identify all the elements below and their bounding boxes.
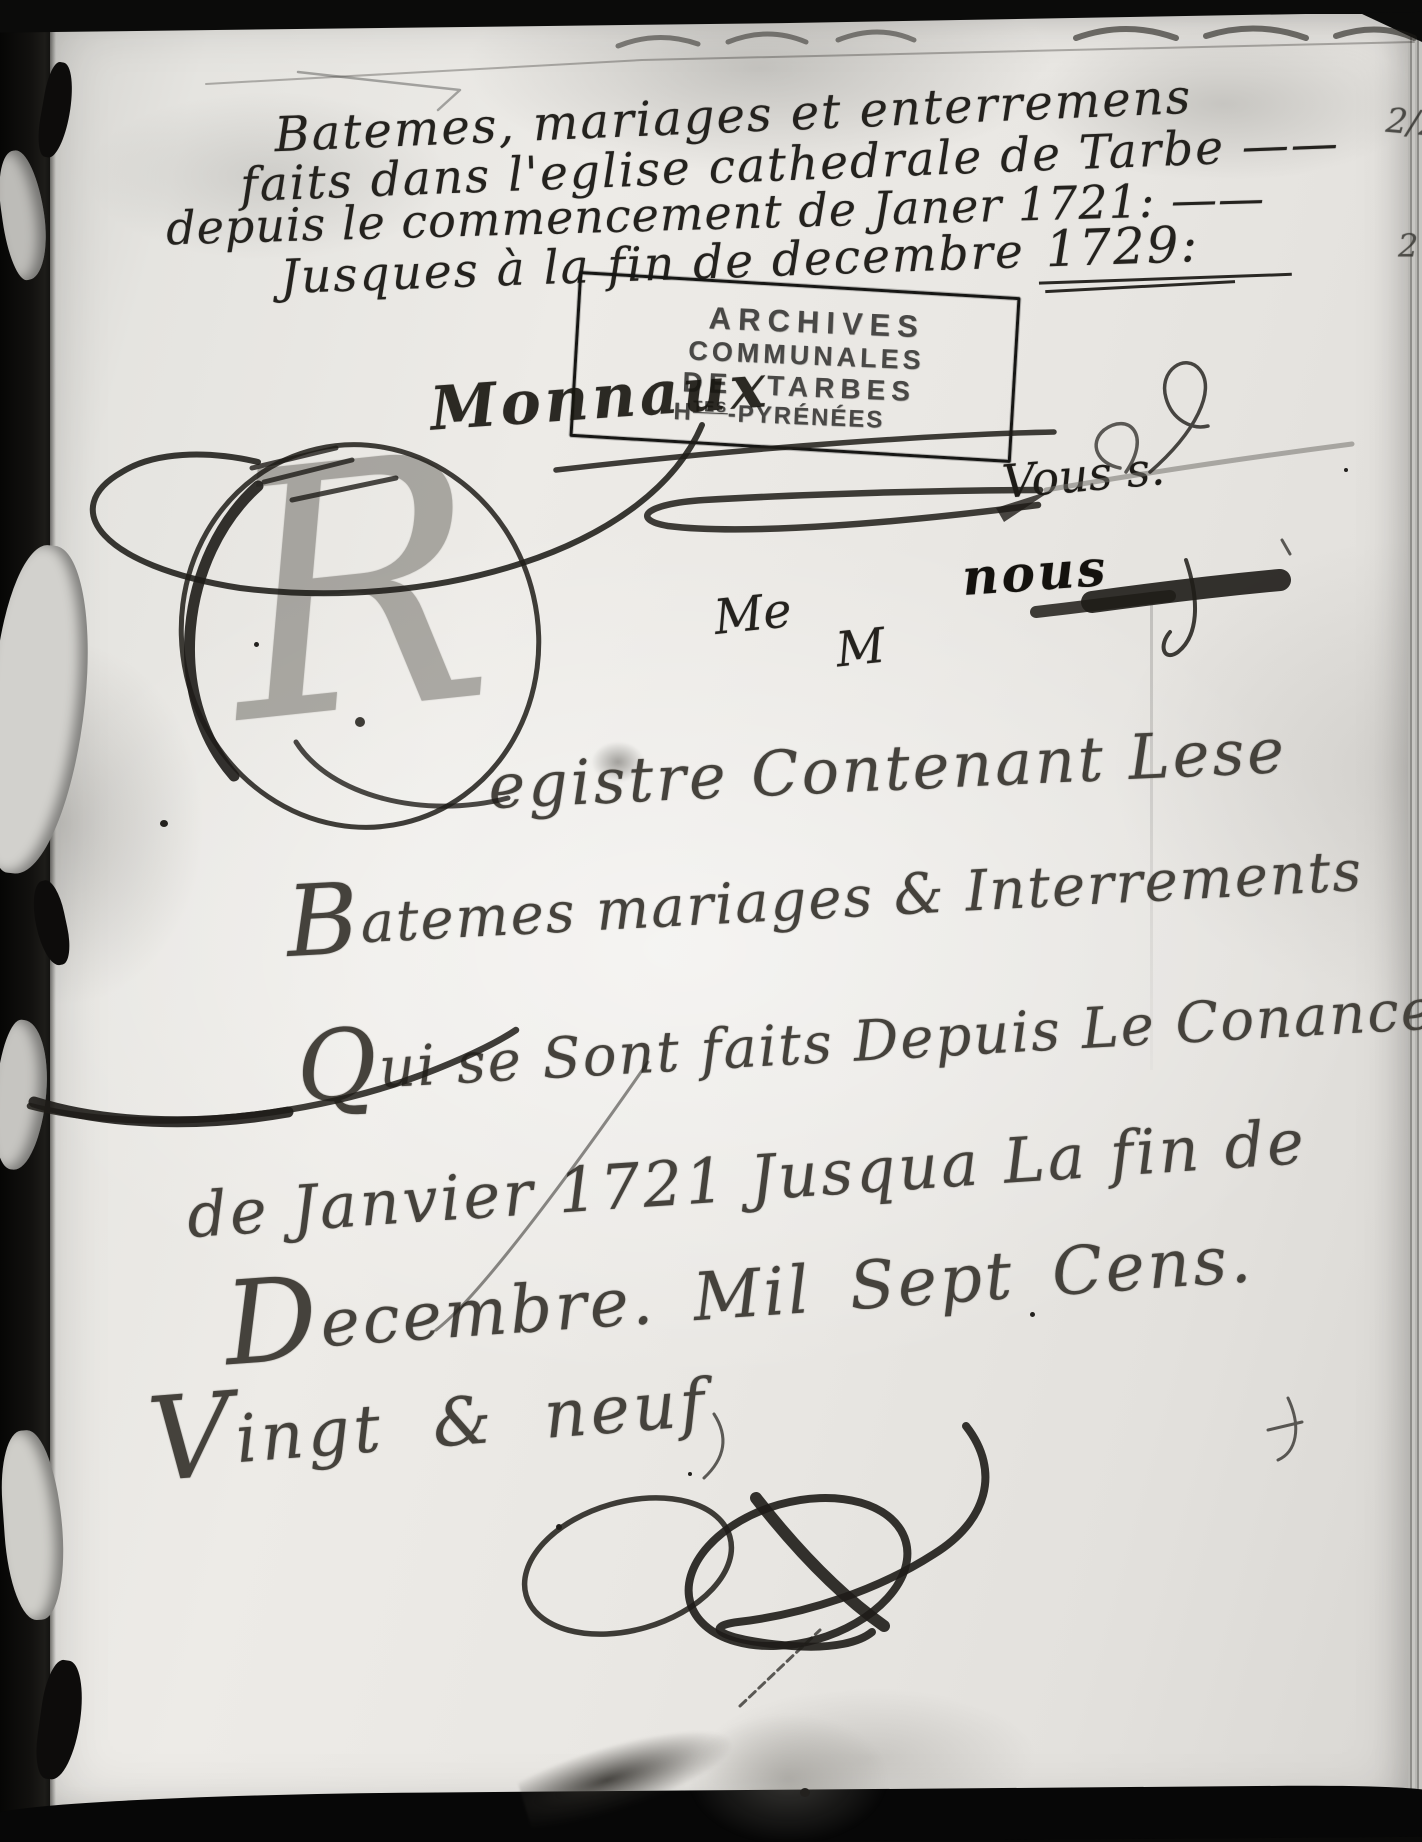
note-nous-struck: nous xyxy=(960,543,1109,603)
ink-dot xyxy=(1030,1312,1035,1317)
margin-mark-top: 2/2 xyxy=(1385,104,1422,143)
title-line-3-initial: Q xyxy=(294,1007,383,1125)
ink-dot xyxy=(1344,468,1348,472)
header-year-underlined: 1729: xyxy=(1041,215,1204,279)
ink-dot xyxy=(160,820,168,827)
ink-dot xyxy=(556,1524,562,1530)
title-initial-r: R xyxy=(211,408,501,773)
note-vous: Vous s. xyxy=(1000,445,1166,505)
fore-edge-pages xyxy=(1408,8,1422,1816)
scanned-register-page: Batemes, mariages et enterremens faits d… xyxy=(0,0,1422,1842)
me-mark: Me xyxy=(712,586,794,642)
title-line-5-initial: D xyxy=(220,1252,325,1392)
title-line-2-initial: B xyxy=(283,862,363,980)
title-line-6-initial: V xyxy=(143,1368,241,1508)
m-mark: M xyxy=(834,622,888,675)
ink-dot xyxy=(688,1472,692,1476)
ink-dot xyxy=(800,1788,810,1797)
margin-mark-lower: 2 xyxy=(1398,230,1418,262)
water-stain xyxy=(688,1714,888,1842)
